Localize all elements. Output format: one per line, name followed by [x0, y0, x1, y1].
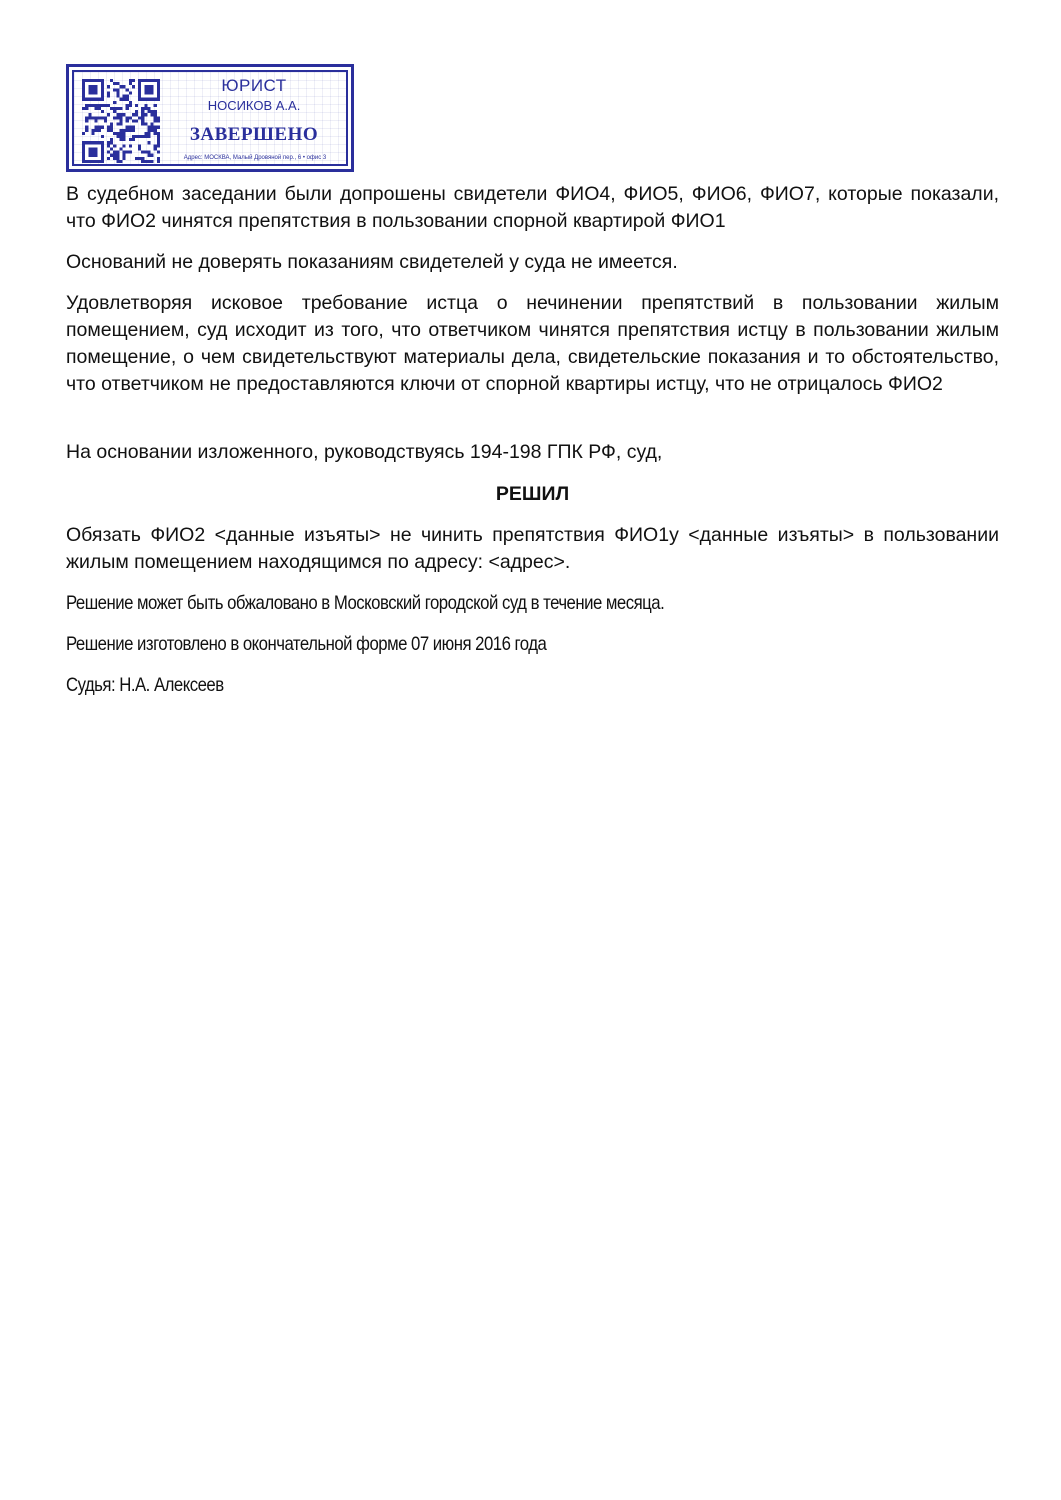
paragraph-basis: На основании изложенного, руководствуясь…: [66, 439, 999, 466]
stamp-address: Адрес: МОСКВА, Малый Дровяной пер., 6 • …: [166, 155, 344, 161]
qr-code-icon: [82, 79, 160, 163]
paragraph-final-form: Решение изготовлено в окончательной форм…: [66, 631, 868, 658]
stamp-title: ЮРИСТ: [166, 76, 342, 96]
stamp-inner-border: ЮРИСТ НОСИКОВ А.А. ЗАВЕРШЕНО Адрес: МОСК…: [72, 70, 348, 166]
stamp-status: ЗАВЕРШЕНО: [166, 124, 342, 146]
paragraph-reasoning: Удовлетворяя исковое требование истца о …: [66, 290, 999, 398]
paragraph-trust: Оснований не доверять показаниям свидете…: [66, 249, 999, 276]
judge-signature: Судья: Н.А. Алексеев: [66, 672, 868, 699]
document-page: ЮРИСТ НОСИКОВ А.А. ЗАВЕРШЕНО Адрес: МОСК…: [0, 0, 1061, 1500]
paragraph-decision: Обязать ФИО2 <данные изъяты> не чинить п…: [66, 522, 999, 576]
stamp-lawyer-name: НОСИКОВ А.А.: [166, 98, 342, 113]
paragraph-witnesses: В судебном заседании были допрошены свид…: [66, 181, 999, 235]
paragraph-appeal: Решение может быть обжаловано в Московск…: [66, 590, 868, 617]
lawyer-stamp: ЮРИСТ НОСИКОВ А.А. ЗАВЕРШЕНО Адрес: МОСК…: [66, 64, 354, 172]
decision-heading: РЕШИЛ: [66, 481, 999, 508]
